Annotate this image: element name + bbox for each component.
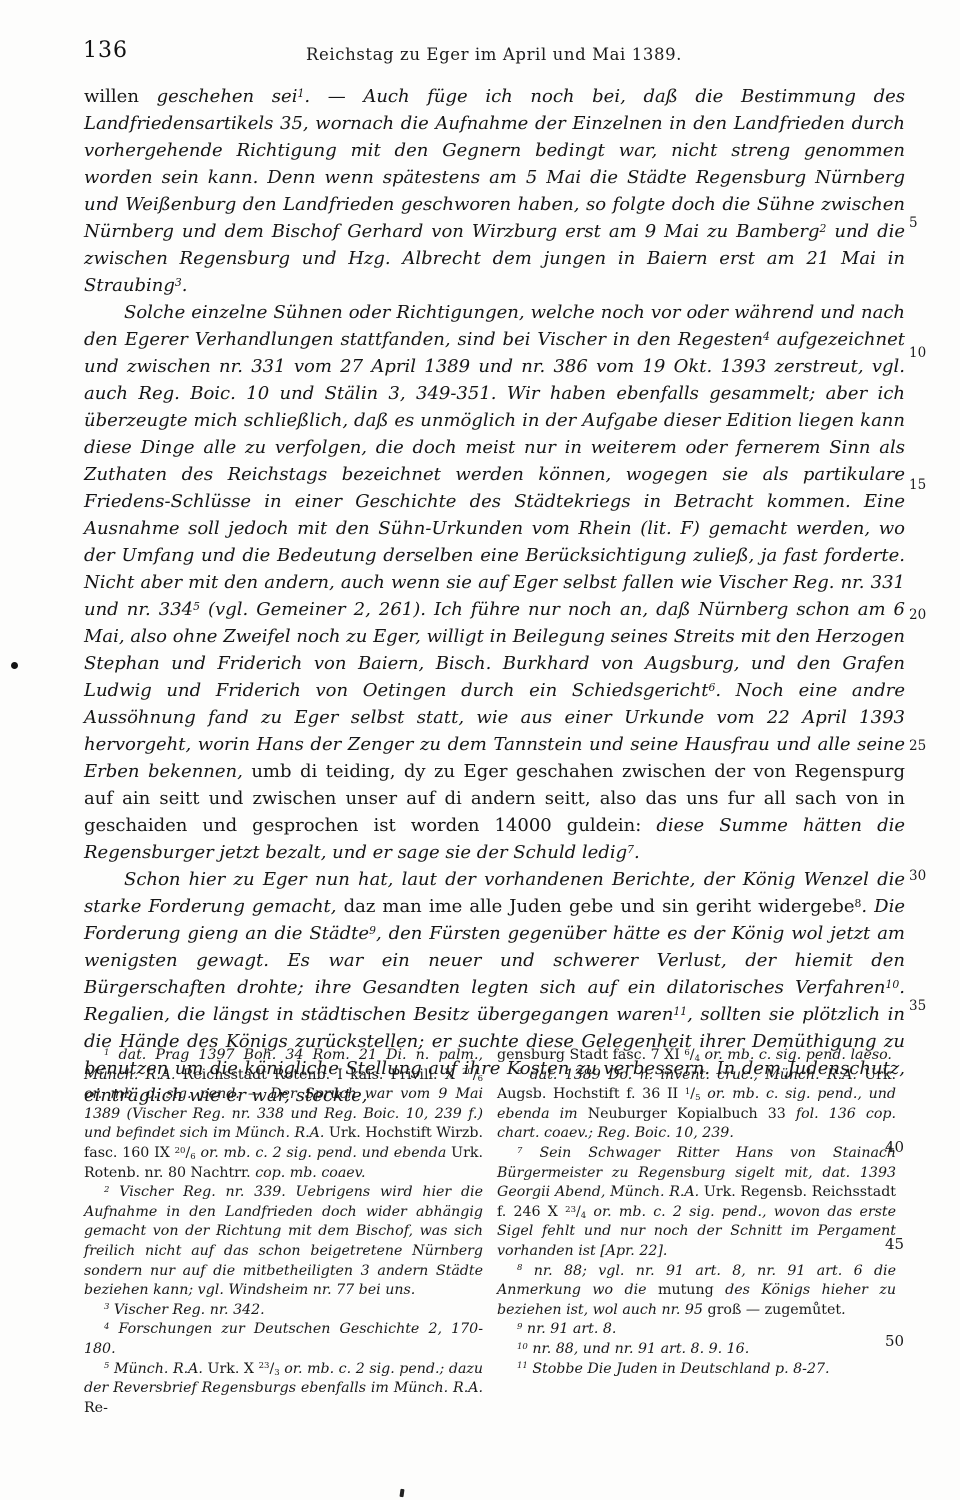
footnote: 2 Vischer Reg. nr. 339. Uebrigens wird h…: [84, 1183, 483, 1301]
text-segment: Stobbe Die Juden in Deutschland p. 8-27.: [528, 1361, 830, 1377]
footnote-ref: 20: [462, 1067, 473, 1077]
footnote-ref: 7: [517, 1146, 522, 1156]
text-segment: .: [634, 842, 640, 863]
margin-line-number: 15: [909, 477, 926, 493]
text-segment: .: [182, 275, 188, 296]
text-segment: nr. 88, und nr. 91 art. 8. 9. 16.: [528, 1341, 749, 1357]
footnote-ref: 3: [104, 1302, 109, 1312]
text-segment: or. mb. c. 2 sig. pend. und ebenda: [196, 1145, 451, 1161]
footnotes-left-column: 1 dat. Prag 1397 Boh. 34 Rom. 21 Di. n. …: [84, 1046, 483, 1418]
footnote-ref: 11: [673, 1005, 687, 1018]
footnote: 3 Vischer Reg. nr. 342.: [84, 1301, 483, 1321]
footnote-ref: 3: [175, 276, 182, 289]
footnote-ref: 8: [517, 1263, 522, 1273]
text-segment: /: [473, 1067, 478, 1083]
footnote-ref: 10: [886, 978, 900, 991]
footnote-ref: 5: [193, 600, 200, 613]
footnote: 4 Forschungen zur Deutschen Geschichte 2…: [84, 1320, 483, 1359]
text-segment: daz man ime alle Juden gebe und sin geri…: [344, 896, 855, 917]
text-segment: willen: [84, 86, 157, 107]
text-segment: cop. mb. coaev.: [255, 1165, 365, 1181]
footnote: 10 nr. 88, und nr. 91 art. 8. 9. 16.: [497, 1340, 896, 1360]
text-segment: Vischer Reg. nr. 342.: [109, 1302, 264, 1318]
footnote-ref: 10: [517, 1342, 528, 1352]
margin-line-number: 40: [885, 1138, 904, 1156]
text-segment: Re-: [84, 1400, 108, 1416]
text-segment: 6: [190, 1152, 195, 1162]
text-segment: 3: [274, 1368, 279, 1378]
text-segment: geschehen sei: [157, 86, 298, 107]
text-segment: mutung: [658, 1282, 714, 1298]
margin-line-number: 45: [885, 1235, 904, 1253]
footnote-ref: 4: [104, 1322, 109, 1332]
margin-line-number: 30: [909, 868, 926, 884]
text-segment: .: [841, 1302, 846, 1318]
footnotes-right-column: gensburg Stadt fasc. 7 XI 6/4 or. mb. c.…: [497, 1046, 896, 1379]
text-segment: Reichsstadt Rotenb. I kais. Privill. X: [183, 1067, 462, 1083]
text-segment: . — Auch füge ich noch bei, daß die Best…: [84, 86, 905, 242]
margin-line-number: 50: [885, 1332, 904, 1350]
footnote-ref: 4: [763, 330, 770, 343]
footnote-ref: 8: [854, 897, 861, 910]
text-segment: 5: [695, 1093, 700, 1103]
scanned-page: 136 Reichstag zu Eger im April und Mai 1…: [0, 0, 960, 1500]
text-segment: nr. 91 art. 8.: [522, 1321, 616, 1337]
running-head: Reichstag zu Eger im April und Mai 1389.: [84, 45, 904, 64]
margin-dot: [11, 662, 18, 669]
text-segment: —: [741, 1302, 764, 1318]
text-segment: groß: [707, 1302, 741, 1318]
margin-line-number: 10: [909, 345, 926, 361]
footnote-ref: 6: [517, 1067, 522, 1077]
footnote: 6 dat. 1389 Do. n. invent. cruc., Münch.…: [497, 1066, 896, 1144]
margin-line-number: 25: [909, 738, 926, 754]
footnote-ref: 23: [259, 1361, 270, 1371]
margin-line-number: 35: [909, 998, 926, 1014]
ink-speck: [399, 1489, 404, 1497]
footnote: 9 nr. 91 art. 8.: [497, 1320, 896, 1340]
footnote: gensburg Stadt fasc. 7 XI 6/4 or. mb. c.…: [497, 1046, 896, 1066]
footnote-ref: 2: [819, 222, 826, 235]
footnote-ref: 1: [297, 87, 304, 100]
margin-line-number: 5: [909, 215, 918, 231]
footnote-ref: 5: [104, 1361, 109, 1371]
footnote-ref: 20: [175, 1146, 186, 1156]
footnote-ref: 7: [627, 843, 634, 856]
text-segment: zugemůtet: [765, 1302, 841, 1318]
text-segment: Forschungen zur Deutschen Geschichte 2, …: [84, 1321, 483, 1357]
footnote-ref: 6: [684, 1048, 689, 1058]
footnote-ref: 9: [369, 924, 376, 937]
footnote: 5 Münch. R.A. Urk. X 23/3 or. mb. c. 2 s…: [84, 1360, 483, 1419]
text-segment: dat. 1389 Do. n. invent. cruc., Münch. R…: [522, 1067, 864, 1083]
text-segment: aufgezeichnet und zwischen nr. 331 vom 2…: [84, 329, 905, 620]
text-segment: gensburg Stadt fasc. 7 XI: [497, 1047, 684, 1063]
text-segment: 4: [695, 1054, 700, 1064]
footnote-ref: 2: [104, 1185, 109, 1195]
footnote: 8 nr. 88; vgl. nr. 91 art. 8, nr. 91 art…: [497, 1262, 896, 1321]
footnote-ref: 11: [517, 1361, 528, 1371]
footnote-ref: 6: [708, 681, 715, 694]
margin-line-number: 20: [909, 607, 926, 623]
text-segment: 4: [581, 1211, 586, 1221]
footnote: 11 Stobbe Die Juden in Deutschland p. 8-…: [497, 1360, 896, 1380]
footnote: 7 Sein Schwager Ritter Hans von Stainach…: [497, 1144, 896, 1262]
footnote-ref: 9: [517, 1322, 522, 1332]
text-segment: 6: [478, 1074, 483, 1084]
body-paragraph: willen geschehen sei1. — Auch füge ich n…: [84, 83, 905, 299]
body-text: willen geschehen sei1. — Auch füge ich n…: [84, 83, 905, 1109]
body-paragraph: Solche einzelne Sühnen oder Richtigungen…: [84, 299, 905, 866]
text-segment: /: [690, 1047, 695, 1063]
footnote-ref: 1: [685, 1087, 690, 1097]
text-segment: Neuburger Kopialbuch 33: [588, 1106, 796, 1122]
text-segment: Urk. X: [208, 1361, 259, 1377]
text-segment: or. mb. c. sig. pend. laeso.: [700, 1047, 892, 1063]
footnote-ref: 1: [104, 1048, 109, 1058]
footnote-ref: 23: [565, 1205, 576, 1215]
text-segment: Münch. R.A.: [109, 1361, 207, 1377]
text-segment: Vischer Reg. nr. 339. Uebrigens wird hie…: [84, 1184, 483, 1298]
footnote: 1 dat. Prag 1397 Boh. 34 Rom. 21 Di. n. …: [84, 1046, 483, 1183]
